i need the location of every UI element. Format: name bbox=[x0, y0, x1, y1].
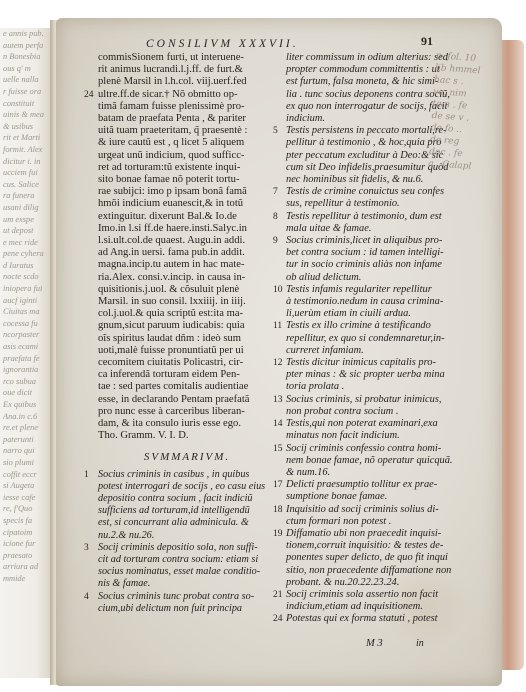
line-text: Socius criminis,licet in aliquibus pro- bbox=[286, 235, 442, 246]
item-number: 19 bbox=[273, 528, 283, 540]
line-text: sito bonae famae nõ poterit tortu- bbox=[98, 174, 240, 185]
facing-page-line: iesse cafe bbox=[0, 492, 52, 504]
text-line: l.si.ult.col.de quaest. Augu.in addi. bbox=[98, 235, 276, 247]
facing-page-line: asis ecami bbox=[0, 341, 52, 353]
running-head: CONSILIVM XXXVII. bbox=[146, 38, 446, 50]
line-text: pter peccatum excluditur à Deo:& sic bbox=[286, 150, 443, 161]
text-line: oĩs spiritus laudat dñm : ideò sum bbox=[98, 333, 276, 345]
line-text: Socij criminis depositio sola, non suffi… bbox=[98, 542, 258, 553]
line-text: ret ad torturam:tũ existente inqui- bbox=[98, 162, 240, 173]
line-text: urgeat unũ indicium, quod sufficc- bbox=[98, 150, 244, 161]
item-number: 8 bbox=[273, 211, 278, 223]
text-line: uitã tuam praeteritam, q̃ praesentè : bbox=[98, 125, 276, 137]
text-line: hmõi indicium euanescit,& in totũ bbox=[98, 198, 276, 210]
facing-page-line: r fuisse ora bbox=[0, 86, 52, 98]
text-line: Imo.in l.si ff.de haere.insti.Salyc.in bbox=[98, 223, 276, 235]
summary-line: 12Testis dicitur inimicus capitalis pro- bbox=[286, 357, 486, 369]
facing-page-line: dicitur i. in bbox=[0, 156, 52, 168]
facing-page-line: ut depost bbox=[0, 225, 52, 237]
line-text: ponentes super delicto, de quo fit inqui bbox=[286, 552, 448, 563]
line-text: extinguitur. dixerunt Bal.& Io.de bbox=[98, 211, 237, 222]
line-text: timã famam fuisse plenissimè pro- bbox=[98, 101, 245, 112]
line-text: hmõi indicium euanescit,& in totũ bbox=[98, 198, 243, 209]
line-text: non probat contra socium . bbox=[286, 406, 398, 417]
text-line: & iure cautũ est , q licet 5 aliquem bbox=[98, 137, 276, 149]
line-text: ob aliud delictum. bbox=[286, 272, 361, 283]
facing-page-line: Ciuitas ma bbox=[0, 306, 52, 318]
text-line: pro nunc esse à carceribus liberan- bbox=[98, 406, 276, 418]
line-text: socius nominatus, esset malae conditio- bbox=[98, 566, 260, 577]
line-text: uoti,malè fuisse pronuntiatũ per ui bbox=[98, 345, 244, 356]
summary-line: nec hominibus sit fidelis, & nu.6. bbox=[286, 174, 486, 186]
line-text: toria prolata . bbox=[286, 381, 344, 392]
summary-line: tionem,corruit inquisitio: & testes de- bbox=[286, 540, 486, 552]
facing-page-line: mmide bbox=[0, 573, 52, 585]
line-text: repellitur, ex quo si condemnaretur,in- bbox=[286, 333, 445, 344]
text-line: ret ad torturam:tũ existente inqui- bbox=[98, 162, 276, 174]
summary-line: 13Socius criminis, si probatur inimicus, bbox=[286, 394, 486, 406]
line-text: pro nunc esse à carceribus liberan- bbox=[98, 406, 245, 417]
item-number: 17 bbox=[273, 479, 283, 491]
line-text: cum sit Deo infidelis,praesumitur quòd bbox=[286, 162, 449, 173]
page-number: 91 bbox=[421, 34, 433, 49]
facing-page-line: um exspe bbox=[0, 214, 52, 226]
line-text: nu.2.& nu.26. bbox=[98, 530, 154, 541]
line-text: Tho. Gramm. V. I. D. bbox=[98, 430, 189, 441]
text-line: 24ultre.ff.de sicar.† Nõ obmitto op- bbox=[98, 89, 276, 101]
line-text: sumptione bonae famae. bbox=[286, 491, 387, 502]
summary-line: nu.2.& nu.26. bbox=[98, 530, 276, 542]
item-number: 14 bbox=[273, 418, 283, 430]
line-text: esse, in declarando Pentam praefatã bbox=[98, 394, 249, 405]
consilium-text: commisSionem furti, ut interuene-rit ani… bbox=[98, 52, 276, 443]
summary-line: 14Testis,qui non poterat examinari,exa bbox=[286, 418, 486, 430]
line-text: & iure cautũ est , q licet 5 aliquem bbox=[98, 137, 244, 148]
facing-page-line: n Bonesbia bbox=[0, 51, 52, 63]
line-text: ria.Alex. consi.v.incip. in causa in- bbox=[98, 272, 245, 283]
summary-line: repellitur, ex quo si condemnaretur,in- bbox=[286, 333, 486, 345]
facing-page-line: rco subua bbox=[0, 376, 52, 388]
summary-heading: SVMMARIVM. bbox=[98, 451, 276, 463]
line-text: cium,ubi delictum non fuit principa bbox=[98, 603, 242, 614]
line-text: potest interrogari de socijs , eo casu e… bbox=[98, 481, 265, 492]
facing-left-page: e annis pub.autem perfan Bonesbiaous q' … bbox=[0, 28, 52, 678]
line-text: depositio contra socium , facit indiciũ bbox=[98, 493, 253, 504]
text-line: Marsil. in suo consil. lxxiiij. in iiij. bbox=[98, 296, 276, 308]
facing-page-line: icione fur bbox=[0, 538, 52, 550]
line-text: col.j.uol.& quia scriptũ est:ita ma- bbox=[98, 308, 243, 319]
summary-line: probant. & nu.20.22.23.24. bbox=[286, 577, 486, 589]
line-text: dam, & ita consulo iuris esse ego. bbox=[98, 418, 241, 429]
text-line: timã famam fuisse plenissimè pro- bbox=[98, 101, 276, 113]
line-text: Testis dicitur inimicus capitalis pro- bbox=[286, 357, 436, 368]
line-text: & num.16. bbox=[286, 467, 330, 478]
item-number: 1 bbox=[84, 469, 89, 481]
line-text: Imo.in l.si ff.de haere.insti.Salyc.in bbox=[98, 223, 247, 234]
facing-page-line: cus. Salice bbox=[0, 179, 52, 191]
line-text: indicium. bbox=[286, 113, 325, 124]
text-line: uoti,malè fuisse pronuntiatũ per ui bbox=[98, 345, 276, 357]
text-line: rae subijci: imo p ipsam bonã famã bbox=[98, 186, 276, 198]
summary-line: ctum formari non potest . bbox=[286, 516, 486, 528]
facing-page-line: sio plumi bbox=[0, 457, 52, 469]
text-line: commisSionem furti, ut interuene- bbox=[98, 52, 276, 64]
line-text: Testis ex illo crimine à testificando bbox=[286, 320, 431, 331]
summary-line: 1Socius criminis in casibus , in quibus bbox=[98, 469, 276, 481]
line-text: plenè Marsil in l.h.col. viij.uerf.fed bbox=[98, 76, 247, 87]
item-number: 10 bbox=[273, 284, 283, 296]
facing-page-line: ra funera bbox=[0, 190, 52, 202]
line-text: cecomitem ciuitatis Policastri, cir- bbox=[98, 357, 243, 368]
line-text: à testimonio.nedum in causa crimina- bbox=[286, 296, 443, 307]
line-text: cit ad torturam contra socium: etiam si bbox=[98, 554, 258, 565]
item-number: 7 bbox=[273, 186, 278, 198]
text-line: ria.Alex. consi.v.incip. in causa in- bbox=[98, 272, 276, 284]
line-text: est furtum, falsa moneta, & hic simi- bbox=[286, 76, 438, 87]
facing-page-line: Ana.in c.6 bbox=[0, 411, 52, 423]
summary-line: ponentes super delicto, de quo fit inqui bbox=[286, 552, 486, 564]
line-text: batam de praefata Penta , & pariter bbox=[98, 113, 246, 124]
summary-line: 18Inquisitio ad socij criminis solius di… bbox=[286, 504, 486, 516]
line-text: ultre.ff.de sicar.† Nõ obmitto op- bbox=[98, 89, 238, 100]
line-text: ex quo non interrogatur de socijs, facit bbox=[286, 101, 448, 112]
line-text: li,uerùm etiam in ciuili ardua. bbox=[286, 308, 411, 319]
item-number: 11 bbox=[273, 320, 282, 332]
line-text: quisitionis.j.uol. & cõsuluit plenè bbox=[98, 284, 239, 295]
line-text: pter minas : & sic propter uerba mina bbox=[286, 369, 445, 380]
summary-line: 15Socij criminis confessio contra homi- bbox=[286, 443, 486, 455]
facing-page-line: nocte scdo bbox=[0, 271, 52, 283]
summary-line: tur in socio criminis aliàs non infame bbox=[286, 259, 486, 271]
facing-page-line: e annis pub. bbox=[0, 28, 52, 40]
line-text: nem bonae famae, nõ operatur quicquã. bbox=[286, 455, 453, 466]
text-line: sito bonae famae nõ poterit tortu- bbox=[98, 174, 276, 186]
line-text: rit animus lucrandi.l.j.ff. de furt.& bbox=[98, 64, 243, 75]
summary-line: 3Socij criminis depositio sola, non suff… bbox=[98, 542, 276, 554]
summary-line: minatus non facit indicium. bbox=[286, 430, 486, 442]
line-text: Socius criminis in casibus , in quibus bbox=[98, 469, 249, 480]
line-text: l.si.ult.col.de quaest. Augu.in addi. bbox=[98, 235, 245, 246]
line-text: propter commodum committentis : ut bbox=[286, 64, 440, 75]
item-number: 13 bbox=[273, 394, 283, 406]
summary-line: indicium,etiam ad inquisitionem. bbox=[286, 601, 486, 613]
text-line: rit animus lucrandi.l.j.ff. de furt.& bbox=[98, 64, 276, 76]
facing-page-line: ucciem fui bbox=[0, 167, 52, 179]
summary-line: 10Testis infamis regulariter repellitur bbox=[286, 284, 486, 296]
summary-line: 19Diffamatio ubi non praecedit inquisi- bbox=[286, 528, 486, 540]
summary-line: 24Potestas qui ex forma statuti , potest bbox=[286, 613, 486, 625]
text-line: ad Ang.in uersi. fama pub.in addit. bbox=[98, 247, 276, 259]
line-text: Testis de crimine conuictus seu confes bbox=[286, 186, 444, 197]
summary-line: bet contra socium : id tamen intelligi- bbox=[286, 247, 486, 259]
line-text: nec hominibus sit fidelis, & nu.6. bbox=[286, 174, 423, 185]
line-text: gnum,sicut paruum iudicabis: quia bbox=[98, 320, 245, 331]
line-text: est, si concurrant alia adminicula. & bbox=[98, 517, 249, 528]
line-text: minatus non facit indicium. bbox=[286, 430, 400, 441]
line-text: Socius criminis, si probatur inimicus, bbox=[286, 394, 441, 405]
text-line: urgeat unũ indicium, quod sufficc- bbox=[98, 150, 276, 162]
facing-page-line: usani dilig bbox=[0, 202, 52, 214]
line-text: Delicti praesumptio tollitur ex prae- bbox=[286, 479, 437, 490]
summary-line: 4Socius criminis tunc probat contra so- bbox=[98, 591, 276, 603]
summary-line: 11Testis ex illo crimine à testificando bbox=[286, 320, 486, 332]
line-text: magna.incip.tu autem in hac mate- bbox=[98, 259, 245, 270]
summary-line: pter minas : & sic propter uerba mina bbox=[286, 369, 486, 381]
line-text: tur in socio criminis aliàs non infame bbox=[286, 259, 442, 270]
summary-list: 1Socius criminis in casibus , in quibusp… bbox=[98, 469, 276, 615]
item-number: 24 bbox=[273, 613, 283, 625]
summary-line: est, si concurrant alia adminicula. & bbox=[98, 517, 276, 529]
facing-page-line: coffit eccr bbox=[0, 469, 52, 481]
facing-page-line: re, f'Quo bbox=[0, 503, 52, 515]
summary-line: sufficiens ad torturam,id intelligendũ bbox=[98, 505, 276, 517]
summary-line: depositio contra socium , facit indiciũ bbox=[98, 493, 276, 505]
line-text: nis & famae. bbox=[98, 578, 150, 589]
facing-page-line: e mec ride bbox=[0, 237, 52, 249]
summary-line: sumptione bonae famae. bbox=[286, 491, 486, 503]
line-text: Testis infamis regulariter repellitur bbox=[286, 284, 432, 295]
line-text: lia . tunc socius deponens contra sociũ, bbox=[286, 89, 450, 100]
summary-line: 21Socij criminis sola assertio non facit bbox=[286, 589, 486, 601]
facing-page-line: & usibus bbox=[0, 121, 52, 133]
facing-page-line: arriura ad bbox=[0, 561, 52, 573]
line-text: pellitur à testimonio , & hoc,quia pro bbox=[286, 137, 441, 148]
text-line: batam de praefata Penta , & pariter bbox=[98, 113, 276, 125]
line-text: tae : sed partes comitalis audientiae bbox=[98, 381, 248, 392]
line-text: Testis persistens in peccato mortali,re- bbox=[286, 125, 447, 136]
line-text: Socius criminis tunc probat contra so- bbox=[98, 591, 254, 602]
line-text: sitio, non praecedente diffamatione non bbox=[286, 565, 451, 576]
summary-line: 17Delicti praesumptio tollitur ex prae- bbox=[286, 479, 486, 491]
summary-line: sus, repellitur à testimonio. bbox=[286, 198, 486, 210]
facing-page-line: rit et Marti bbox=[0, 132, 52, 144]
facing-page-line: specis fa bbox=[0, 515, 52, 527]
line-text: ad Ang.in uersi. fama pub.in addit. bbox=[98, 247, 245, 258]
line-text: Inquisitio ad socij criminis solius di- bbox=[286, 504, 439, 515]
text-line: col.j.uol.& quia scriptũ est:ita ma- bbox=[98, 308, 276, 320]
line-text: ca inferendã torturam eidem Pen- bbox=[98, 369, 240, 380]
facing-page-line: oue dicit bbox=[0, 387, 52, 399]
summary-line: 8Testis repellitur à testimonio, dum est bbox=[286, 211, 486, 223]
text-line: plenè Marsil in l.h.col. viij.uerf.fed bbox=[98, 76, 276, 88]
summary-line: mala uitae & famae. bbox=[286, 223, 486, 235]
facing-page-line: ignorantia bbox=[0, 364, 52, 376]
facing-page-line: praefata fe bbox=[0, 353, 52, 365]
item-number: 21 bbox=[273, 589, 283, 601]
handwritten-marginalia: p. fol. 10lib hmmelhac s .ve. nimtam . f… bbox=[428, 50, 492, 174]
item-number: 4 bbox=[84, 591, 89, 603]
item-number: 3 bbox=[84, 542, 89, 554]
line-text: bet contra socium : id tamen intelligi- bbox=[286, 247, 444, 258]
summary-line: cit ad torturam contra socium: etiam si bbox=[98, 554, 276, 566]
line-text: ctum formari non potest . bbox=[286, 516, 391, 527]
left-text-column: commisSionem furti, ut interuene-rit ani… bbox=[98, 52, 276, 615]
item-number: 15 bbox=[273, 443, 283, 455]
facing-page-line: ous q' m bbox=[0, 63, 52, 75]
line-text: Diffamatio ubi non praecedit inquisi- bbox=[286, 528, 441, 539]
text-line: tae : sed partes comitalis audientiae bbox=[98, 381, 276, 393]
summary-line: socius nominatus, esset malae conditio- bbox=[98, 566, 276, 578]
summary-line: toria prolata . bbox=[286, 381, 486, 393]
summary-line: ob aliud delictum. bbox=[286, 272, 486, 284]
summary-line: à testimonio.nedum in causa crimina- bbox=[286, 296, 486, 308]
facing-page-line: autem perfa bbox=[0, 40, 52, 52]
line-text: oĩs spiritus laudat dñm : ideò sum bbox=[98, 333, 241, 344]
text-line: magna.incip.tu autem in hac mate- bbox=[98, 259, 276, 271]
facing-page-line: paterunti bbox=[0, 434, 52, 446]
item-number: 9 bbox=[273, 235, 278, 247]
text-line: extinguitur. dixerunt Bal.& Io.de bbox=[98, 211, 276, 223]
line-text: sufficiens ad torturam,id intelligendũ bbox=[98, 505, 250, 516]
line-text: indicium,etiam ad inquisitionem. bbox=[286, 601, 423, 612]
line-text: commisSionem furti, ut interuene- bbox=[98, 52, 244, 63]
facing-page-line: Ex quibus bbox=[0, 399, 52, 411]
summary-line: nis & famae. bbox=[98, 578, 276, 590]
summary-line: li,uerùm etiam in ciuili ardua. bbox=[286, 308, 486, 320]
facing-page-line: formit. Alex bbox=[0, 144, 52, 156]
facing-page-line: d Iuratus bbox=[0, 260, 52, 272]
text-line: ca inferendã torturam eidem Pen- bbox=[98, 369, 276, 381]
summary-line: curreret infamiam. bbox=[286, 345, 486, 357]
line-text: sus, repellitur à testimonio. bbox=[286, 198, 400, 209]
summary-line: potest interrogari de socijs , eo casu e… bbox=[98, 481, 276, 493]
line-text: probant. & nu.20.22.23.24. bbox=[286, 577, 399, 588]
summary-line: sitio, non praecedente diffamatione non bbox=[286, 565, 486, 577]
text-line: dam, & ita consulo iuris esse ego. bbox=[98, 418, 276, 430]
signature-mark: M 3 bbox=[366, 638, 383, 649]
summary-line: & num.16. bbox=[286, 467, 486, 479]
facing-page-line: si Augeta bbox=[0, 480, 52, 492]
line-text: Potestas qui ex forma statuti , potest bbox=[286, 613, 438, 624]
facing-page-line: pene cyhera bbox=[0, 248, 52, 260]
line-text: mala uitae & famae. bbox=[286, 223, 371, 234]
facing-page-line: cocessa fu bbox=[0, 318, 52, 330]
line-text: Testis,qui non poterat examinari,exa bbox=[286, 418, 438, 429]
text-line: esse, in declarando Pentam praefatã bbox=[98, 394, 276, 406]
facing-page-line: cipatoim bbox=[0, 527, 52, 539]
summary-line: non probat contra socium . bbox=[286, 406, 486, 418]
facing-page-line: ncorpaster bbox=[0, 329, 52, 341]
line-text: tionem,corruit inquisitio: & testes de- bbox=[286, 540, 443, 551]
line-text: curreret infamiam. bbox=[286, 345, 364, 356]
line-text: Testis repellitur à testimonio, dum est bbox=[286, 211, 442, 222]
line-text: Socij criminis confessio contra homi- bbox=[286, 443, 441, 454]
line-text: rae subijci: imo p ipsam bonã famã bbox=[98, 186, 247, 197]
catchword: in bbox=[416, 638, 424, 649]
item-number: 5 bbox=[273, 125, 278, 137]
line-text: liter commissum in odium alterius: sed bbox=[286, 52, 448, 63]
summary-line: cium,ubi delictum non fuit principa bbox=[98, 603, 276, 615]
item-number: 18 bbox=[273, 504, 283, 516]
line-text: Socij criminis sola assertio non facit bbox=[286, 589, 438, 600]
facing-page-line: re.et plene bbox=[0, 422, 52, 434]
facing-page-line: uelle nalla bbox=[0, 74, 52, 86]
item-number: 24 bbox=[84, 89, 94, 101]
facing-page-line: aucf iginti bbox=[0, 295, 52, 307]
facing-page-line: narro qui bbox=[0, 445, 52, 457]
summary-line: 7Testis de crimine conuictus seu confes bbox=[286, 186, 486, 198]
facing-page-line: uinis & mea bbox=[0, 109, 52, 121]
summary-line: 9Socius criminis,licet in aliquibus pro- bbox=[286, 235, 486, 247]
line-text: uitã tuam praeteritam, q̃ praesentè : bbox=[98, 125, 247, 136]
facing-page-line: constituit bbox=[0, 98, 52, 110]
text-line: gnum,sicut paruum iudicabis: quia bbox=[98, 320, 276, 332]
facing-page-line: iniopera fui bbox=[0, 283, 52, 295]
text-line: Tho. Gramm. V. I. D. bbox=[98, 430, 276, 442]
text-line: quisitionis.j.uol. & cõsuluit plenè bbox=[98, 284, 276, 296]
text-line: cecomitem ciuitatis Policastri, cir- bbox=[98, 357, 276, 369]
item-number: 12 bbox=[273, 357, 283, 369]
summary-line: nem bonae famae, nõ operatur quicquã. bbox=[286, 455, 486, 467]
facing-page-line: praesato bbox=[0, 550, 52, 562]
line-text: Marsil. in suo consil. lxxiiij. in iiij. bbox=[98, 296, 246, 307]
